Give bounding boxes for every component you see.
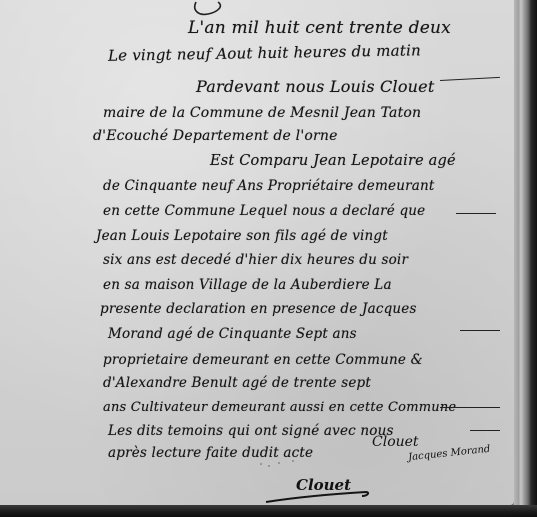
record-line-12: presente declaration en presence de Jacq… [100, 301, 417, 317]
line-filler-stroke [440, 77, 500, 81]
record-line-16: ans Cultivateur demeurant aussi en cette… [103, 400, 456, 415]
record-line-11: en sa maison Village de la Auberdiere La [103, 277, 392, 293]
line-filler-stroke [470, 430, 500, 431]
register-bottom-edge [0, 505, 537, 517]
register-page: L'an mil huit cent trente deux Le vingt … [0, 0, 516, 507]
ink-speck [292, 460, 294, 462]
record-line-8: en cette Commune Lequel nous a declaré q… [103, 203, 425, 219]
record-line-10: six ans est decedé d'hier dix heures du … [103, 252, 408, 268]
record-line-3: Pardevant nous Louis Clouet [196, 77, 434, 96]
record-line-2: Le vingt neuf Aout huit heures du matin [108, 41, 421, 64]
record-line-14: proprietaire demeurant en cette Commune … [103, 352, 423, 368]
line-filler-stroke [456, 213, 496, 214]
ink-speck [260, 463, 262, 465]
record-line-17: Les dits temoins qui ont signé avec nous [108, 423, 394, 439]
record-line-7: de Cinquante neuf Ans Propriétaire demeu… [103, 178, 435, 194]
ink-speck [278, 462, 280, 464]
line-filler-stroke [460, 330, 500, 331]
record-line-6: Est Comparu Jean Lepotaire agé [210, 153, 456, 169]
signature-clouet-witness: Clouet [372, 434, 419, 450]
record-line-18: après lecture faite dudit acte [108, 445, 313, 461]
signature-jacques-morand: Jacques Morand [408, 444, 491, 464]
record-line-13: Morand agé de Cinquante Sept ans [108, 326, 357, 342]
record-line-5: d'Ecouché Departement de l'orne [93, 128, 338, 144]
signature-paraph-icon [262, 486, 372, 506]
register-binding-edge [514, 0, 537, 517]
record-line-15: d'Alexandre Benult agé de trente sept [103, 375, 371, 391]
ink-speck [268, 465, 270, 467]
line-filler-stroke [440, 407, 500, 408]
record-line-9: Jean Louis Lepotaire son fils agé de vin… [96, 228, 388, 244]
record-line-1: L'an mil huit cent trente deux [188, 18, 451, 38]
document-scan: L'an mil huit cent trente deux Le vingt … [0, 0, 537, 517]
record-line-4: maire de la Commune de Mesnil Jean Taton [103, 105, 421, 121]
